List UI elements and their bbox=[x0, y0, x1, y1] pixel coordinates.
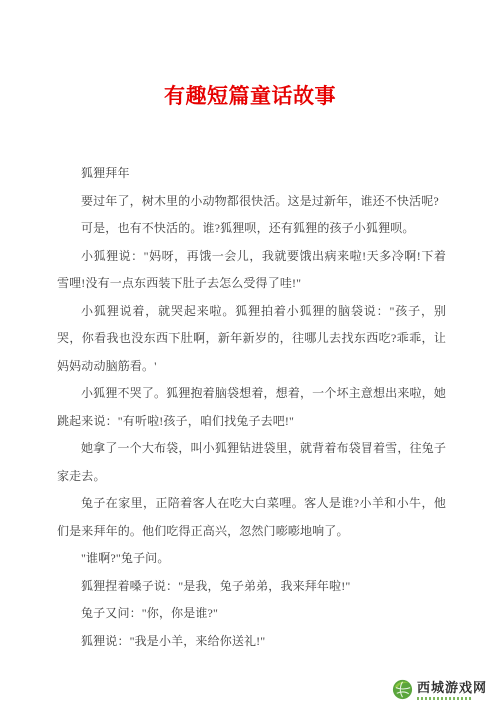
page-title: 有趣短篇童话故事 bbox=[0, 81, 500, 111]
watermark-tagline bbox=[417, 697, 473, 700]
story-paragraph: 小狐狸说着，就哭起来啦。狐狸拍着小狐狸的脑袋说："孩子，别哭，你看我也没东西下肚… bbox=[57, 298, 446, 381]
story-paragraph: 她拿了一个大布袋，叫小狐狸钻进袋里，就背着布袋冒着雪，往兔子家走去。 bbox=[57, 435, 446, 490]
story-paragraph: 小狐狸不哭了。狐狸抱着脑袋想着，想着，一个坏主意想出来啦，她跳起来说："有听啦!… bbox=[57, 380, 446, 435]
document-page: { "page": { "title": "有趣短篇童话故事", "title_… bbox=[0, 0, 500, 708]
watermark: 西城游戏网 bbox=[391, 678, 487, 701]
story-paragraph: 兔子在家里，正陪着客人在吃大白菜哩。客人是谁?小羊和小牛，他们是来拜年的。他们吃… bbox=[57, 490, 446, 545]
watermark-text-column: 西城游戏网 bbox=[417, 680, 487, 700]
story-title: 狐狸拜年 bbox=[57, 160, 446, 188]
article-body: 狐狸拜年 要过年了，树木里的小动物都很快活。这是过新年，谁还不快活呢?可是，也有… bbox=[57, 160, 446, 655]
site-name: 西城游戏网 bbox=[417, 680, 487, 695]
story-paragraph: 狐狸捏着嗓子说："是我，兔子弟弟，我来拜年啦!" bbox=[57, 573, 446, 601]
site-logo-icon bbox=[391, 678, 414, 701]
story-paragraph: 兔子又问："你，你是谁?" bbox=[57, 600, 446, 628]
story-paragraph: "谁啊?"兔子问。 bbox=[57, 545, 446, 573]
story-paragraph: 小狐狸说："妈呀，再饿一会儿，我就要饿出病来啦!天多冷啊!下着雪哩!没有一点东西… bbox=[57, 243, 446, 298]
story-paragraph: 狐狸说："我是小羊，来给你送礼!" bbox=[57, 628, 446, 656]
story-paragraph: 可是，也有不快活的。谁?狐狸呗，还有狐狸的孩子小狐狸呗。 bbox=[57, 215, 446, 243]
story-paragraph: 要过年了，树木里的小动物都很快活。这是过新年，谁还不快活呢? bbox=[57, 188, 446, 216]
